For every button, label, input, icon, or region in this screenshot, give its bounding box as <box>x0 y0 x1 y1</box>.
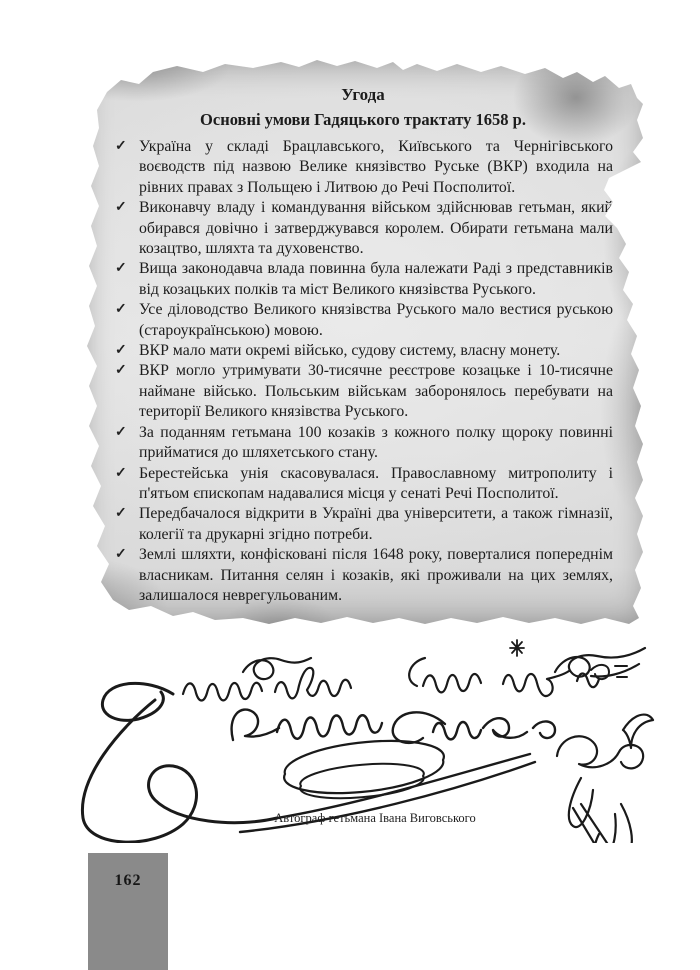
treaty-term-text: Вища законодавча влада повинна була нале… <box>139 260 613 297</box>
treaty-term-text: Усе діловодство Великого князівства Русь… <box>139 301 613 338</box>
check-icon: ✓ <box>115 259 127 279</box>
treaty-term-text: Виконавчу владу і командування військом … <box>139 199 613 257</box>
check-icon: ✓ <box>115 504 127 524</box>
check-icon: ✓ <box>115 300 127 320</box>
note-subtitle: Основні умови Гадяцького трактату 1658 р… <box>113 108 613 132</box>
note-title: Угода <box>113 84 613 106</box>
treaty-term-item: ✓ ВКР мало мати окремі військо, судову с… <box>113 341 613 361</box>
treaty-terms-list: ✓ Україна у складі Брацлавського, Київсь… <box>113 137 613 606</box>
treaty-term-text: ВКР мало мати окремі військо, судову сис… <box>139 342 560 359</box>
treaty-term-text: За поданням гетьмана 100 козаків з кожно… <box>139 424 613 461</box>
treaty-term-item: ✓ Усе діловодство Великого князівства Ру… <box>113 300 613 341</box>
check-icon: ✓ <box>115 137 127 157</box>
check-icon: ✓ <box>115 464 127 484</box>
treaty-term-text: Україна у складі Брацлавського, Київсько… <box>139 138 613 196</box>
treaty-term-item: ✓ Вища законодавча влада повинна була на… <box>113 259 613 300</box>
treaty-term-text: Землі шляхти, конфісковані після 1648 ро… <box>139 546 613 604</box>
check-icon: ✓ <box>115 341 127 361</box>
treaty-term-item: ✓ Виконавчу владу і командування військо… <box>113 198 613 259</box>
page-number-box: 162 <box>88 853 168 970</box>
parchment-note: Угода Основні умови Гадяцького трактату … <box>85 58 643 624</box>
treaty-term-item: ✓ Землі шляхти, конфісковані після 1648 … <box>113 545 613 606</box>
treaty-term-item: ✓ ВКР могло утримувати 30-тисячне реєстр… <box>113 361 613 422</box>
parchment-content: Угода Основні умови Гадяцького трактату … <box>113 84 613 606</box>
treaty-term-item: ✓ Україна у складі Брацлавського, Київсь… <box>113 137 613 198</box>
check-icon: ✓ <box>115 198 127 218</box>
check-icon: ✓ <box>115 423 127 443</box>
check-icon: ✓ <box>115 545 127 565</box>
treaty-term-item: ✓ Передбачалося відкрити в Україні два у… <box>113 504 613 545</box>
treaty-term-text: Передбачалося відкрити в Україні два уні… <box>139 505 613 542</box>
treaty-term-text: ВКР могло утримувати 30-тисячне реєстров… <box>139 362 613 420</box>
page-number: 162 <box>115 872 142 890</box>
treaty-term-item: ✓ Берестейська унія скасовувалася. Право… <box>113 464 613 505</box>
signature-caption: Автограф гетьмана Івана Виговського <box>50 810 700 826</box>
check-icon: ✓ <box>115 361 127 381</box>
treaty-term-text: Берестейська унія скасовувалася. Правосл… <box>139 465 613 502</box>
treaty-term-item: ✓ За поданням гетьмана 100 козаків з кож… <box>113 423 613 464</box>
